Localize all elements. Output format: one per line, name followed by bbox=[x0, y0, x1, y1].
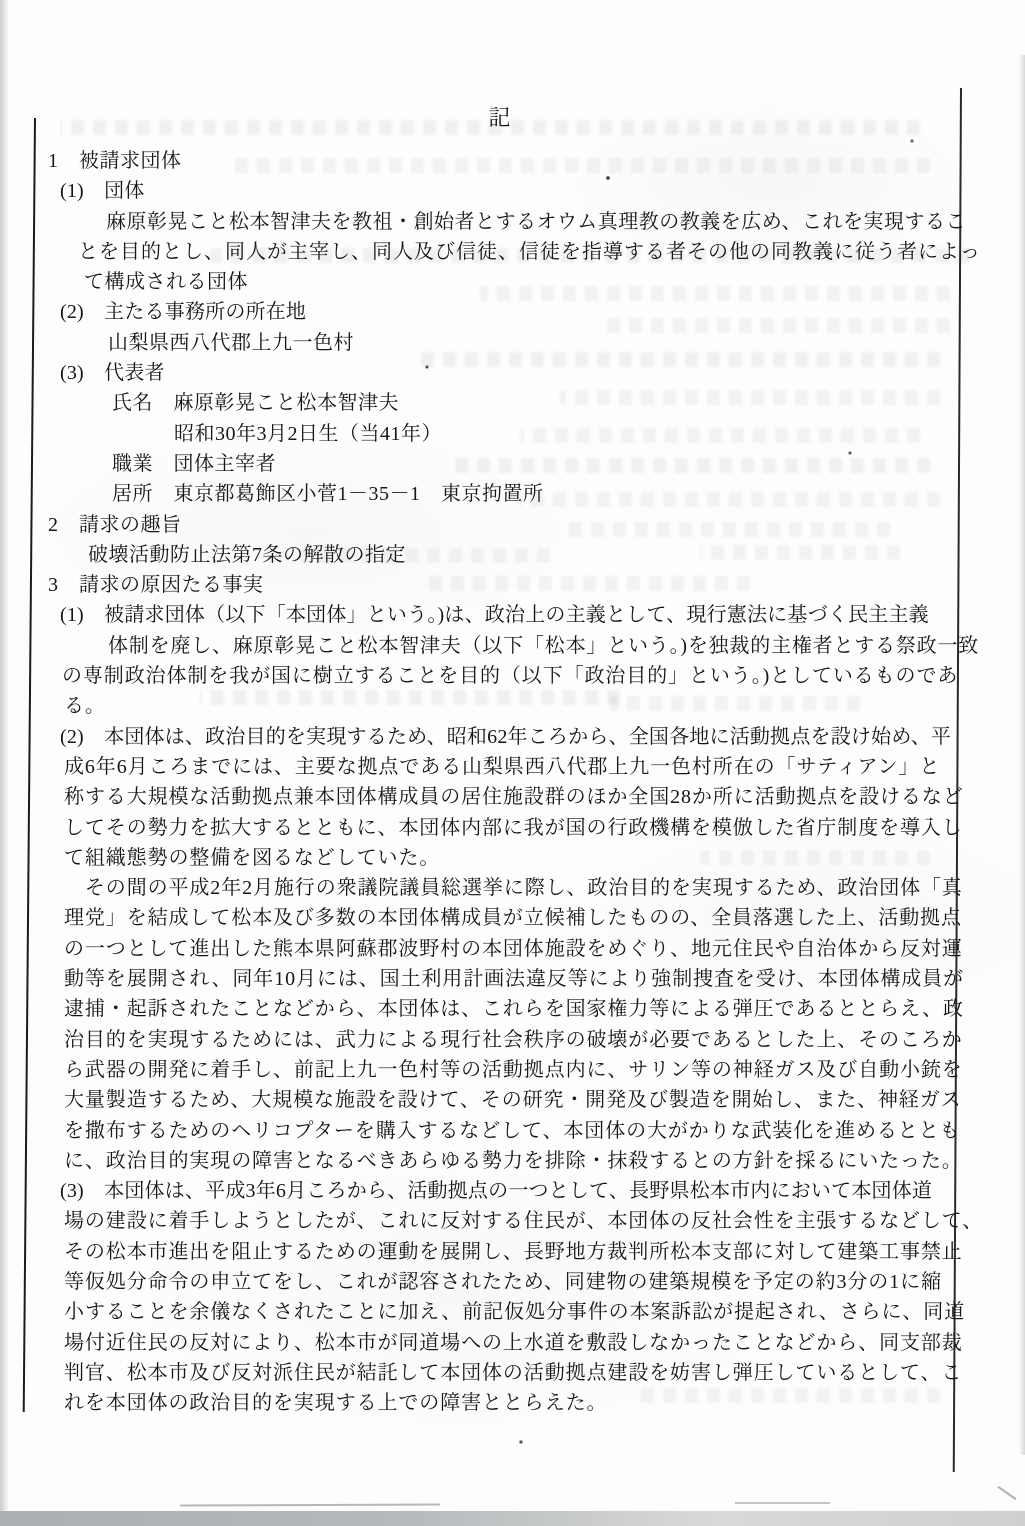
text-line: 破壊活動防止法第7条の解散の指定 bbox=[88, 540, 1000, 570]
text-line: の一つとして進出した熊本県阿蘇郡波野村の本団体施設をめぐり、地元住民や自治体から… bbox=[64, 934, 1000, 964]
text-line: 1 被請求団体 bbox=[48, 146, 1000, 176]
scan-edge-bottom bbox=[0, 1511, 1025, 1526]
document-heading: 記 bbox=[40, 103, 960, 133]
text-line: その間の平成2年2月施行の衆議院議員総選挙に際し、政治目的を実現するため、政治団… bbox=[64, 873, 1000, 903]
text-line: 動等を展開され、同年10月には、国土利用計画法違反等により強制捜査を受け、本団体… bbox=[64, 964, 1000, 994]
text-line: 居所 東京都葛飾区小菅1－35－1 東京拘置所 bbox=[112, 479, 1000, 509]
text-line: て構成される団体 bbox=[84, 267, 1000, 297]
text-line: 小することを余儀なくされたことに加え、前記仮処分事件の本案訴訟が提起され、さらに… bbox=[64, 1297, 1000, 1327]
text-line: 体制を廃し、麻原彰晃こと松本智津夫（以下「松本」という。)を独裁的主権者とする祭… bbox=[108, 631, 1000, 661]
text-line: 麻原彰晃こと松本智津夫を教祖・創始者とするオウム真理教の教義を広め、これを実現す… bbox=[106, 207, 1000, 237]
text-line: 治目的を実現するためには、武力による現行社会秩序の破壊が必要であるとした上、その… bbox=[64, 1025, 1000, 1055]
text-line: 場付近住民の反対により、松本市が同道場への上水道を敷設しなかったことなどから、同… bbox=[64, 1328, 1000, 1358]
text-line: 等仮処分命令の申立てをし、これが認容されたため、同建物の建築規模を予定の約3分の… bbox=[64, 1267, 1000, 1297]
text-line: に、政治目的実現の障害となるべきあらゆる勢力を排除・抹殺するとの方針を採るにいた… bbox=[64, 1146, 1000, 1176]
text-line: してその勢力を拡大するとともに、本団体内部に我が国の行政機構を模倣した省庁制度を… bbox=[64, 813, 1000, 843]
scan-artifact-dash bbox=[180, 1504, 440, 1507]
text-line: て組織態勢の整備を図るなどしていた。 bbox=[64, 843, 1000, 873]
text-line: (1) 被請求団体（以下「本団体」という。)は、政治上の主義として、現行憲法に基… bbox=[60, 600, 1000, 630]
text-line: 山梨県西八代郡上九一色村 bbox=[108, 328, 1000, 358]
text-line: を撒布するためのヘリコプターを購入するなどして、本団体の大がかりな武装化を進める… bbox=[64, 1116, 1000, 1146]
text-line: (3) 代表者 bbox=[60, 358, 1000, 388]
text-line: 理党」を結成して松本及び多数の本団体構成員が立候補したものの、全員落選した上、活… bbox=[64, 903, 1000, 933]
text-line: る。 bbox=[64, 691, 1000, 721]
scan-edge-right bbox=[1019, 55, 1025, 1455]
text-line: 昭和30年3月2日生（当41年） bbox=[174, 419, 1000, 449]
text-line: とを目的とし、同人が主宰し、同人及び信徒、信徒を指導する者その他の同教義に従う者… bbox=[78, 237, 1000, 267]
text-line: (2) 本団体は、政治目的を実現するため、昭和62年ころから、全国各地に活動拠点… bbox=[60, 722, 1000, 752]
text-line: (1) 団体 bbox=[60, 176, 1000, 206]
scan-noise-specks bbox=[0, 0, 2, 2]
text-line: 場の建設に着手しようとしたが、これに反対する住民が、本団体の反社会性を主張するな… bbox=[64, 1206, 1000, 1236]
scan-artifact-dash bbox=[735, 1502, 830, 1504]
text-line: (3) 本団体は、平成3年6月ころから、活動拠点の一つとして、長野県松本市内にお… bbox=[60, 1176, 1000, 1206]
text-line: 大量製造するため、大規模な施設を設けて、その研究・開発及び製造を開始し、また、神… bbox=[64, 1085, 1000, 1115]
text-line: (2) 主たる事務所の所在地 bbox=[60, 297, 1000, 327]
text-line: 職業 団体主宰者 bbox=[112, 449, 1000, 479]
text-line: 成6年6月ころまでには、主要な拠点である山梨県西八代郡上九一色村所在の「サティア… bbox=[64, 752, 1000, 782]
left-border-rule bbox=[23, 118, 36, 1412]
document-body: 1 被請求団体 (1) 団体 麻原彰晃こと松本智津夫を教祖・創始者とするオウム真… bbox=[40, 146, 1000, 1418]
text-line: の専制政治体制を我が国に樹立することを目的（以下「政治目的」という。)としている… bbox=[62, 661, 1000, 691]
text-line: その松本市進出を阻止するための運動を展開し、長野地方裁判所松本支部に対して建築工… bbox=[64, 1237, 1000, 1267]
text-line: ら武器の開発に着手し、前記上九一色村等の活動拠点内に、サリン等の神経ガス及び自動… bbox=[64, 1055, 1000, 1085]
text-line: 判官、松本市及び反対派住民が結託して本団体の活動拠点建設を妨害し弾圧しているとし… bbox=[64, 1358, 1000, 1388]
scan-artifact-corner bbox=[997, 1486, 1016, 1500]
scan-edge-left bbox=[0, 0, 9, 1526]
text-line: 称する大規模な活動拠点兼本団体構成員の居住施設群のほか全国28か所に活動拠点を設… bbox=[64, 782, 1000, 812]
text-line: 2 請求の趣旨 bbox=[48, 510, 1000, 540]
text-line: れを本団体の政治目的を実現する上での障害ととらえた。 bbox=[64, 1388, 1000, 1418]
scanned-page: 記 1 被請求団体 (1) 団体 麻原彰晃こと松本智津夫を教祖・創始者とするオウ… bbox=[0, 0, 1025, 1526]
text-line: 逮捕・起訴されたことなどから、本団体は、これらを国家権力等による弾圧であるととら… bbox=[64, 994, 1000, 1024]
text-line: 氏名 麻原彰晃こと松本智津夫 bbox=[112, 388, 1000, 418]
text-line: 3 請求の原因たる事実 bbox=[48, 570, 1000, 600]
